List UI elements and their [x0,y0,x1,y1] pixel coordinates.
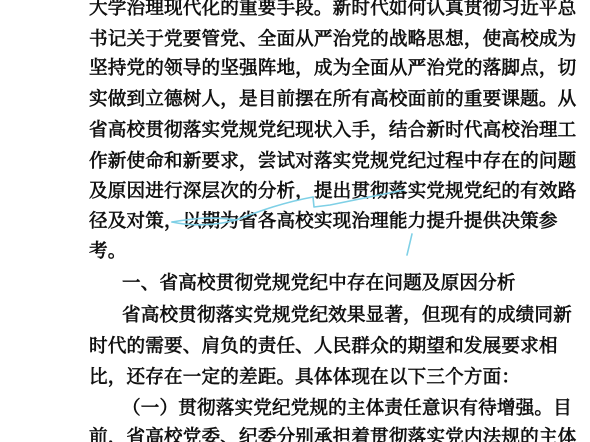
text-line-5: 省高校贯彻落实党规党纪现状入手，结合新时代高校治理工 [89,120,576,142]
text-line-2: 书记关于党要管党、全面从严治党的战略思想，使高校成为 [89,29,576,51]
text-line-6: 作新使命和新要求，尝试对落实党规党纪过程中存在的问题 [89,151,576,173]
text-line-15: 前，省高校党委、纪委分别承担着贯彻落实党内法规的主体 [89,427,576,442]
text-line-3: 坚持党的领导的坚强阵地，成为全面从严治党的落脚点，切 [89,58,576,80]
text-line-8: 径及对策，以期为省各高校实现治理能力提升提供决策参 [89,211,558,233]
text-line-4: 实做到立德树人，是目前摆在所有高校面前的重要课题。从 [89,89,576,111]
subsection-heading: （一）贯彻落实党纪党规的主体责任意识有待增强。目 [122,398,572,420]
text-line-9: 考。 [89,241,127,263]
pen-stroke-slash [407,234,412,255]
text-line-1: 大学治理现代化的重要手段。新时代如何认真贯彻习近平总 [89,0,576,20]
section-heading: 一、省高校贯彻党规党纪中存在问题及原因分析 [122,273,516,295]
paragraph-first-line: 省高校贯彻落实党规党纪效果显著，但现有的成绩同新 [122,305,572,327]
text-line-12: 时代的需要、肩负的责任、人民群众的期望和发展要求相 [89,336,558,358]
document-page: 大学治理现代化的重要手段。新时代如何认真贯彻习近平总 书记关于党要管党、全面从严… [0,0,590,442]
text-line-7: 及原因进行深层次的分析，提出贯彻落实党规党纪的有效路 [89,181,576,203]
text-line-13: 比，还存在一定的差距。具体体现在以下三个方面： [89,367,520,389]
